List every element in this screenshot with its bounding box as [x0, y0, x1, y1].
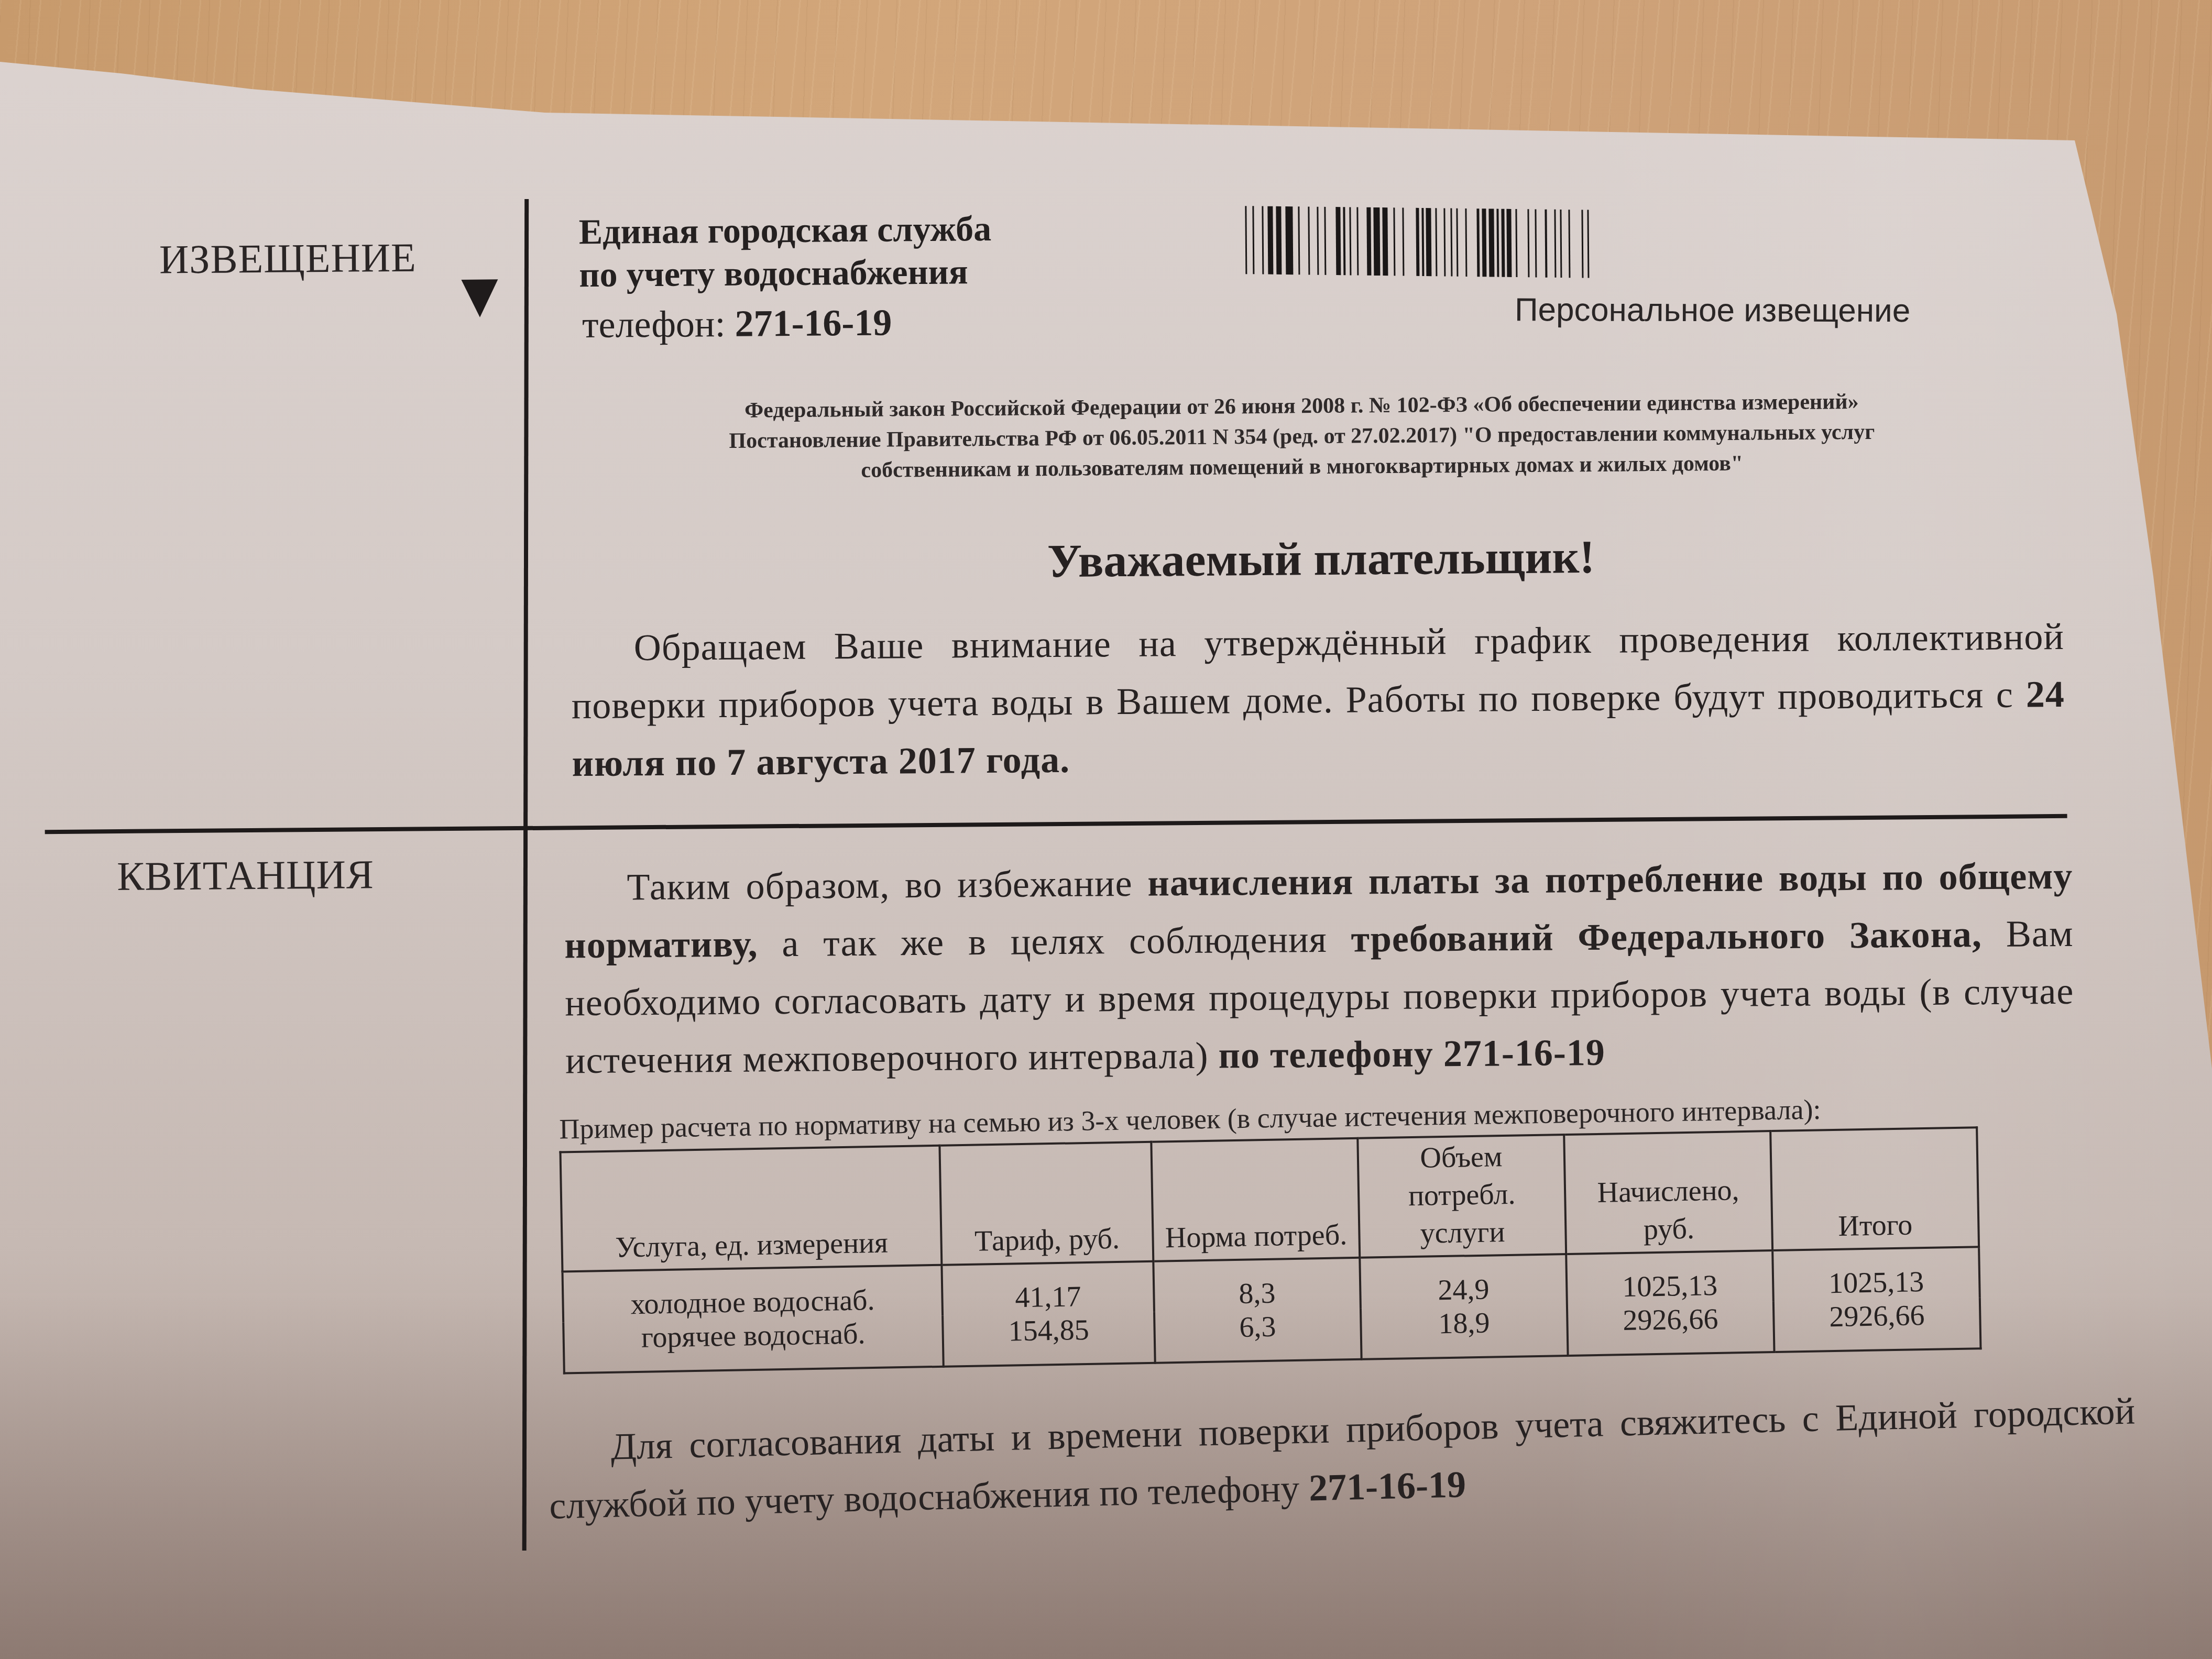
- header-charged: Начислено, руб.: [1564, 1131, 1772, 1254]
- table-header-row: Услуга, ед. измерения Тариф, руб. Норма …: [561, 1127, 1979, 1271]
- receipt-label: КВИТАНЦИЯ: [117, 851, 374, 900]
- requirement-phone: по телефону 271-16-19: [1218, 1031, 1605, 1076]
- cell-tariff: 154,85: [943, 1312, 1155, 1367]
- schedule-text: Обращаем Ваше внимание на утверждённый г…: [571, 616, 2064, 727]
- horizontal-divider: [45, 814, 2067, 834]
- phone-number: 271-16-19: [735, 301, 892, 344]
- document: ИЗВЕЩЕНИЕ КВИТАНЦИЯ Единая городская слу…: [0, 0, 2212, 1659]
- phone-label: телефон:: [582, 303, 726, 346]
- header-tariff: Тариф, руб.: [939, 1142, 1153, 1265]
- requirement-paragraph: Таким образом, во избежание начисления п…: [564, 847, 2074, 1090]
- organization-phone: телефон: 271-16-19: [582, 301, 892, 347]
- calculation-table: Услуга, ед. измерения Тариф, руб. Норма …: [559, 1126, 1981, 1374]
- contact-paragraph: Для согласования даты и времени поверки …: [547, 1382, 2137, 1534]
- header-volume: Объем потребл. услуги: [1357, 1135, 1566, 1258]
- vertical-divider: [522, 199, 529, 1551]
- contact-phone: 271-16-19: [1308, 1463, 1466, 1509]
- barcode-caption: Персональное извещение: [1515, 291, 1910, 329]
- cell-norm: 8,3: [1153, 1258, 1361, 1312]
- requirement-text-2: а так же в целях соблюдения: [758, 918, 1351, 965]
- cell-total: 1025,13: [1772, 1247, 1980, 1301]
- cell-volume: 24,9: [1360, 1254, 1567, 1309]
- cell-tariff: 41,17: [941, 1261, 1154, 1316]
- schedule-paragraph: Обращаем Ваше внимание на утверждённый г…: [571, 608, 2066, 792]
- greeting-heading: Уважаемый плательщик!: [548, 526, 2094, 592]
- cell-charged: 2926,66: [1567, 1301, 1775, 1356]
- cell-service: горячее водоснаб.: [563, 1316, 944, 1374]
- law-references: Федеральный закон Российской Федерации о…: [615, 386, 1988, 488]
- org-name-line-2: по учету водоснабжения: [579, 250, 992, 296]
- cell-total: 2926,66: [1773, 1298, 1981, 1352]
- header-service: Услуга, ед. измерения: [561, 1146, 942, 1272]
- barcode-icon: [1245, 206, 2010, 283]
- requirement-text-1: Таким образом, во избежание: [627, 862, 1147, 908]
- cell-norm: 6,3: [1154, 1309, 1362, 1363]
- notice-label: ИЗВЕЩЕНИЕ: [159, 234, 417, 283]
- cell-service: холодное водоснаб.: [562, 1265, 943, 1323]
- header-norm: Норма потреб.: [1151, 1138, 1360, 1261]
- organization-name: Единая городская служба по учету водосна…: [578, 207, 992, 296]
- requirement-bold-2: требований Федерального Закона,: [1351, 913, 1982, 960]
- triangle-down-icon: [461, 279, 498, 317]
- cell-charged: 1025,13: [1566, 1250, 1773, 1305]
- org-name-line-1: Единая городская служба: [578, 207, 991, 253]
- cell-volume: 18,9: [1361, 1305, 1568, 1359]
- header-total: Итого: [1770, 1127, 1979, 1250]
